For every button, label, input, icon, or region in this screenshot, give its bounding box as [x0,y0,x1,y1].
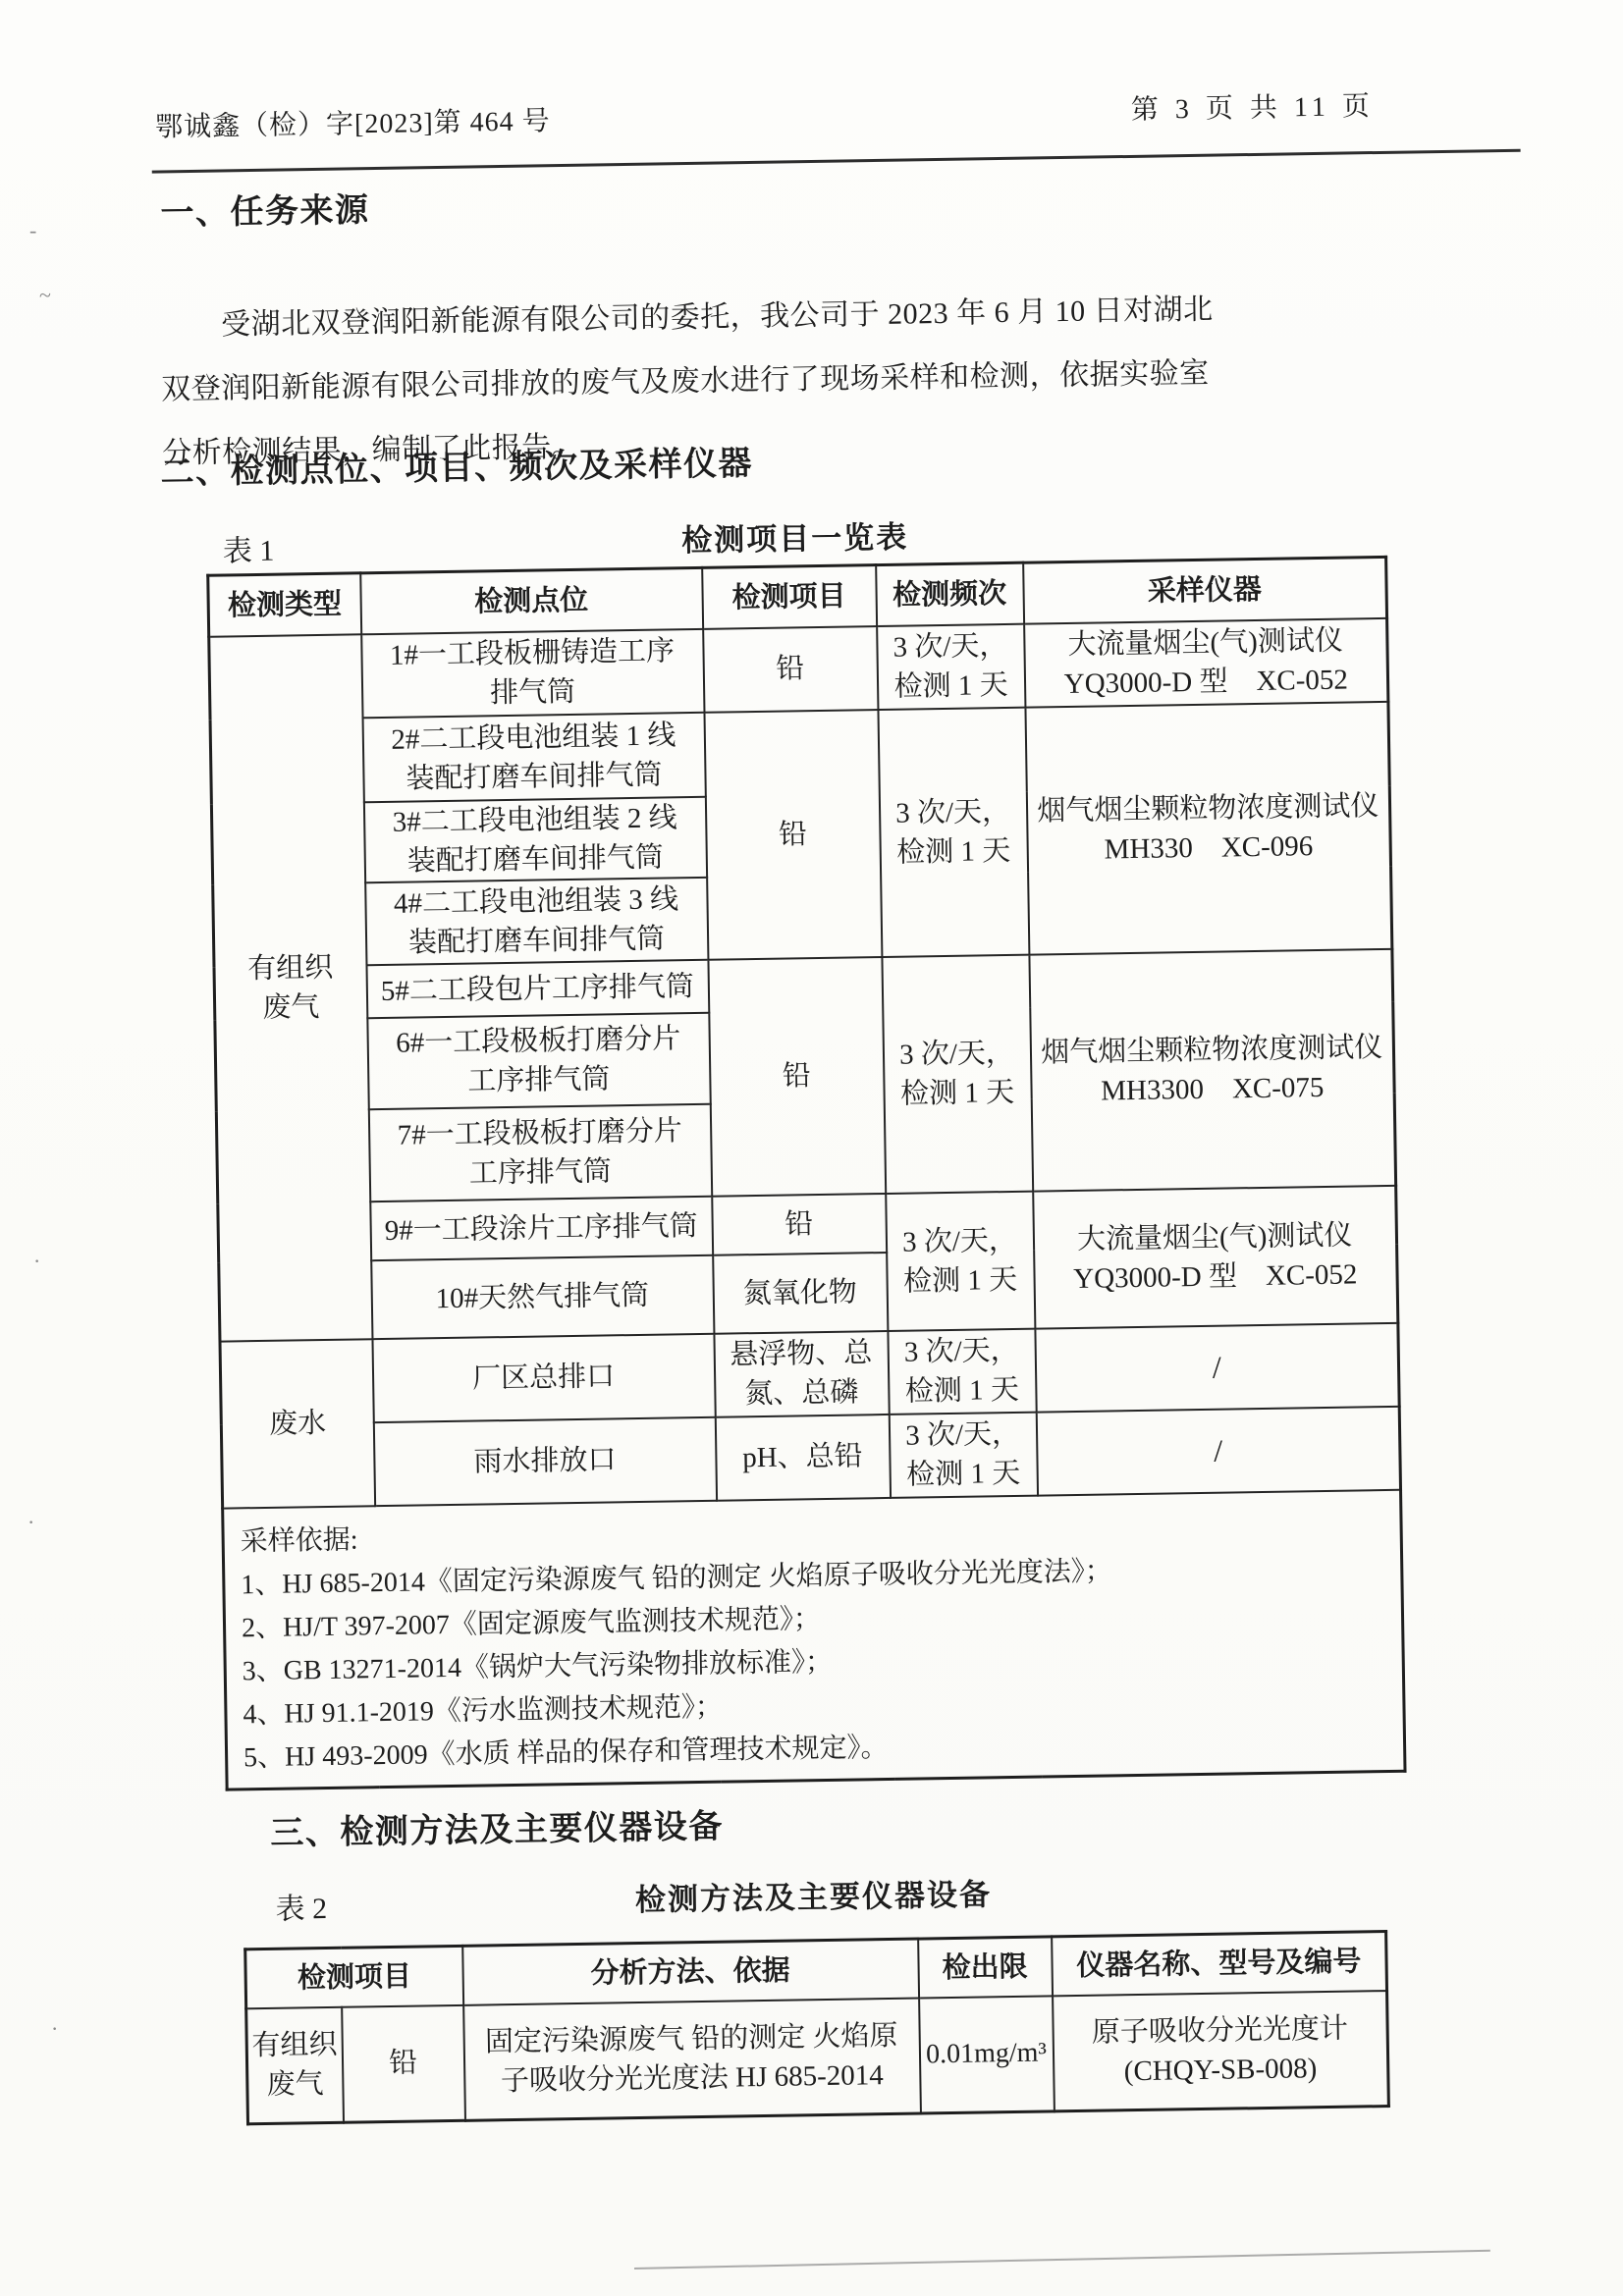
item-cell: 氮氧化物 [713,1252,888,1333]
instrument-cell: 烟气烟尘颗粒物浓度测试仪 MH330 XC-096 [1025,701,1392,954]
freq-cell: 3 次/天， 检测 1 天 [889,1412,1037,1497]
t1-header-item: 检测项目 [702,565,877,629]
method-cell: 固定污染源废气 铅的测定 火焰原 子吸收分光光度法 HJ 685-2014 [463,1998,921,2120]
site-cell: 3#二工段电池组装 2 线 装配打磨车间排气筒 [363,796,706,881]
section-3-heading: 三、检测方法及主要仪器设备 [270,1799,724,1854]
instrument-cell-none: / [1036,1406,1400,1495]
site-cell: 6#一工段极板打磨分片 工序排气筒 [367,1012,710,1108]
freq-cell: 3 次/天， 检测 1 天 [886,1191,1035,1330]
type-cell-wastewater: 废水 [220,1339,375,1508]
t2-header-method: 分析方法、依据 [462,1939,919,2004]
t1-header-site: 检测点位 [360,567,703,633]
t1-header-instrument: 采样仪器 [1023,557,1387,623]
t2-header-instrument: 仪器名称、型号及编号 [1052,1932,1387,1996]
site-cell: 2#二工段电池组装 1 线 装配打磨车间排气筒 [362,712,705,801]
freq-cell: 3 次/天， 检测 1 天 [878,707,1029,956]
site-cell: 厂区总排口 [372,1333,715,1421]
item-cell: 悬浮物、总 氮、总磷 [714,1330,889,1416]
t2-header-limit: 检出限 [918,1937,1053,1998]
t1-header-type: 检测类型 [208,573,361,636]
monitoring-items-table: 检测类型 检测点位 检测项目 检测频次 采样仪器 有组织 废气 1#一工段板栅铸… [206,556,1406,1790]
site-cell: 9#一工段涂片工序排气筒 [370,1196,713,1259]
instrument-cell: 原子吸收分光光度计 (CHQY-SB-008) [1053,1991,1389,2111]
freq-cell: 3 次/天， 检测 1 天 [882,954,1033,1193]
instrument-cell: 大流量烟尘(气)测试仪 YQ3000-D 型 XC-052 [1033,1185,1398,1328]
t2-header-item: 检测项目 [245,1946,463,2007]
site-cell: 10#天然气排气筒 [371,1255,714,1338]
site-cell: 5#二工段包片工序排气筒 [366,959,709,1017]
pencil-mark-artifact: · [51,2018,58,2040]
table2-title: 检测方法及主要仪器设备 [243,1863,1384,1925]
freq-cell: 3 次/天， 检测 1 天 [877,623,1025,709]
instrument-cell-none: / [1035,1322,1399,1412]
site-cell: 4#二工段电池组装 3 线 装配打磨车间排气筒 [365,877,708,964]
t1-header-freq: 检测频次 [876,562,1024,625]
item-cell: 铅 [704,710,882,960]
type-cell-organized-gas: 有组织 废气 [209,634,372,1341]
sampling-basis-cell: 采样依据: 1、HJ 685-2014《固定污染源废气 铅的测定 火焰原子吸收分… [223,1489,1405,1789]
item-cell: 铅 [708,957,886,1197]
table-row: 2#二工段电池组装 1 线 装配打磨车间排气筒 铅 3 次/天， 检测 1 天 … [210,701,1389,804]
pencil-mark-artifact: · [33,1251,40,1272]
detection-limit-cell: 0.01mg/m³ [919,1996,1055,2113]
item-cell: 铅 [703,626,878,713]
table1-footer-row: 采样依据: 1、HJ 685-2014《固定污染源废气 铅的测定 火焰原子吸收分… [223,1489,1405,1789]
site-cell: 7#一工段极板打磨分片 工序排气筒 [368,1103,711,1201]
item-cell: pH、总铅 [715,1414,890,1500]
pencil-mark-artifact: · [27,1512,34,1533]
instrument-cell: 大流量烟尘(气)测试仪 YQ3000-D 型 XC-052 [1024,617,1388,707]
site-cell: 1#一工段板栅铸造工序 排气筒 [361,628,704,717]
scanned-report-page: 鄂诚鑫（检）字[2023]第 464 号 第 3 页 共 11 页 一、任务来源… [0,0,1623,2296]
table-row: 有组织 废气 铅 固定污染源废气 铅的测定 火焰原 子吸收分光光度法 HJ 68… [246,1991,1389,2124]
document-number: 鄂诚鑫（检）字[2023]第 464 号 [155,99,551,144]
type-cell-organized-gas: 有组织 废气 [246,2006,344,2124]
header-rule [152,149,1521,174]
instrument-cell: 烟气烟尘颗粒物浓度测试仪 MH3300 XC-075 [1029,948,1396,1191]
pencil-mark-artifact: - [29,220,36,241]
item-cell: 铅 [342,2004,465,2122]
section-2-heading: 二、检测点位、项目、频次及采样仪器 [160,436,753,493]
section-1-heading: 一、任务来源 [160,183,370,234]
pencil-mark-artifact: ~ [39,285,51,306]
methods-instruments-table: 检测项目 分析方法、依据 检出限 仪器名称、型号及编号 有组织 废气 铅 固定污… [243,1930,1390,2125]
site-cell: 雨水排放口 [373,1416,716,1505]
freq-cell: 3 次/天， 检测 1 天 [888,1328,1036,1414]
page-indicator: 第 3 页 共 11 页 [1131,84,1376,128]
item-cell: 铅 [712,1193,887,1255]
